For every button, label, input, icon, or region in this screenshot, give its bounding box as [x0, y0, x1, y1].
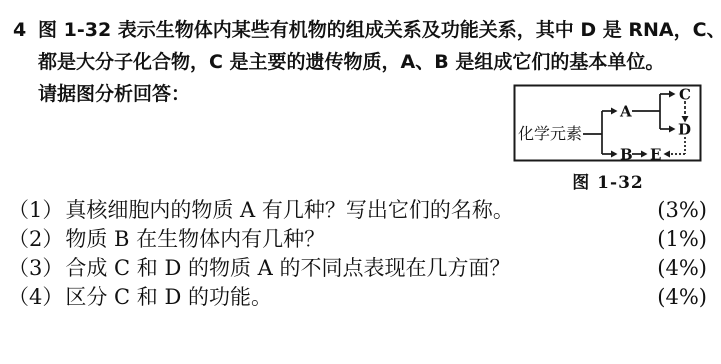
question-text: 合成 C 和 D 的物质 A 的不同点表现在几方面？ — [65, 256, 510, 280]
question-main: （4）区分 C 和 D 的功能。 — [8, 283, 657, 312]
figure-caption: 图 1-32 — [513, 168, 703, 193]
node-b: B — [620, 146, 633, 163]
question-row-4: （4）区分 C 和 D 的功能。 (4%) — [8, 283, 707, 312]
node-d: D — [678, 121, 691, 139]
question-list: （1）真核细胞内的物质 A 有几种？写出它们的名称。 (3%) （2）物质 B … — [8, 196, 707, 312]
intro-line-2: 都是大分子化合物，C 是主要的遗传物质，A、B 是组成它们的基本单位。 — [38, 46, 721, 78]
question-label: （2） — [8, 227, 63, 251]
question-text: 区分 C 和 D 的功能。 — [65, 285, 272, 309]
node-c: C — [679, 86, 691, 104]
question-main: （3）合成 C 和 D 的物质 A 的不同点表现在几方面？ — [8, 254, 657, 283]
diagram-node-labels: 化学元素 A B C D E — [518, 86, 691, 163]
document-page: 4 图 1-32 表示生物体内某些有机物的组成关系及功能关系，其中 D 是 RN… — [0, 0, 721, 364]
node-e: E — [650, 146, 661, 163]
diagram-connectors — [583, 94, 685, 154]
question-text: 真核细胞内的物质 A 有几种？写出它们的名称。 — [65, 198, 514, 222]
question-points: (3%) — [657, 196, 707, 225]
question-main: （1）真核细胞内的物质 A 有几种？写出它们的名称。 — [8, 196, 657, 225]
organic-compound-diagram: 化学元素 A B C D E — [513, 84, 703, 162]
intro-line-1: 图 1-32 表示生物体内某些有机物的组成关系及功能关系，其中 D 是 RNA，… — [38, 14, 721, 46]
question-row-3: （3）合成 C 和 D 的物质 A 的不同点表现在几方面？ (4%) — [8, 254, 707, 283]
node-chemical-elements: 化学元素 — [518, 124, 582, 143]
question-points: (1%) — [657, 225, 707, 254]
question-label: （3） — [8, 256, 63, 280]
problem-number: 4 — [13, 14, 26, 46]
node-a: A — [619, 103, 632, 121]
question-main: （2）物质 B 在生物体内有几种？ — [8, 225, 657, 254]
question-row-2: （2）物质 B 在生物体内有几种？ (1%) — [8, 225, 707, 254]
question-label: （1） — [8, 198, 63, 222]
question-label: （4） — [8, 285, 63, 309]
diagram-border-box — [515, 86, 701, 161]
question-points: (4%) — [657, 283, 707, 312]
question-row-1: （1）真核细胞内的物质 A 有几种？写出它们的名称。 (3%) — [8, 196, 707, 225]
question-points: (4%) — [657, 254, 707, 283]
figure-1-32: 化学元素 A B C D E 图 1-32 — [513, 84, 703, 193]
question-text: 物质 B 在生物体内有几种？ — [65, 227, 325, 251]
